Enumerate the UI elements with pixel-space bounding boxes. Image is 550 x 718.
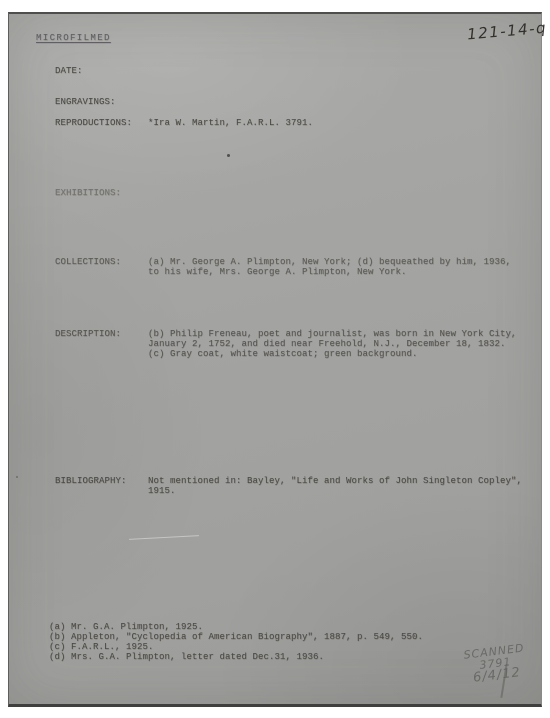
- field-bibliography: BIBLIOGRAPHY: Not mentioned in: Bayley, …: [55, 476, 540, 496]
- handwritten-accession-number: 121-14-q: [466, 19, 547, 44]
- field-reproductions: REPRODUCTIONS: *Ira W. Martin, F.A.R.L. …: [55, 118, 540, 128]
- field-bibliography-label: BIBLIOGRAPHY:: [55, 476, 148, 496]
- paper-scratch: [129, 535, 199, 540]
- field-engravings: ENGRAVINGS:: [55, 97, 540, 107]
- field-exhibitions-value: [148, 188, 540, 198]
- field-bibliography-value: Not mentioned in: Bayley, "Life and Work…: [148, 476, 540, 496]
- paper-speck: [16, 476, 18, 478]
- field-collections: COLLECTIONS: (a) Mr. George A. Plimpton,…: [55, 257, 540, 277]
- scanned-catalog-card: MICROFILMED 121-14-q DATE: ENGRAVINGS: R…: [8, 12, 542, 707]
- pencil-scan-note: SCANNED 3791 6/4/12: [463, 642, 528, 685]
- footnote-d: (d) Mrs. G.A. Plimpton, letter dated Dec…: [49, 652, 423, 662]
- field-reproductions-value: *Ira W. Martin, F.A.R.L. 3791.: [148, 118, 540, 128]
- field-collections-label: COLLECTIONS:: [55, 257, 148, 277]
- field-exhibitions-label: EXHIBITIONS:: [55, 188, 148, 198]
- footnote-a: (a) Mr. G.A. Plimpton, 1925.: [49, 622, 423, 632]
- footnote-b: (b) Appleton, "Cyclopedia of American Bi…: [49, 632, 423, 642]
- field-date-value: [148, 66, 540, 76]
- source-footnotes: (a) Mr. G.A. Plimpton, 1925. (b) Appleto…: [49, 622, 423, 662]
- footnote-c: (c) F.A.R.L., 1925.: [49, 642, 423, 652]
- field-description-value: (b) Philip Freneau, poet and journalist,…: [148, 329, 540, 359]
- field-date: DATE:: [55, 66, 540, 76]
- microfilmed-stamp: MICROFILMED: [36, 33, 111, 43]
- field-engravings-value: [148, 97, 540, 107]
- field-exhibitions: EXHIBITIONS:: [55, 188, 540, 198]
- field-engravings-label: ENGRAVINGS:: [55, 97, 148, 107]
- field-description: DESCRIPTION: (b) Philip Freneau, poet an…: [55, 329, 540, 359]
- field-reproductions-label: REPRODUCTIONS:: [55, 118, 148, 128]
- paper-speck: [227, 154, 230, 157]
- field-collections-value: (a) Mr. George A. Plimpton, New York; (d…: [148, 257, 540, 277]
- field-description-label: DESCRIPTION:: [55, 329, 148, 359]
- field-date-label: DATE:: [55, 66, 148, 76]
